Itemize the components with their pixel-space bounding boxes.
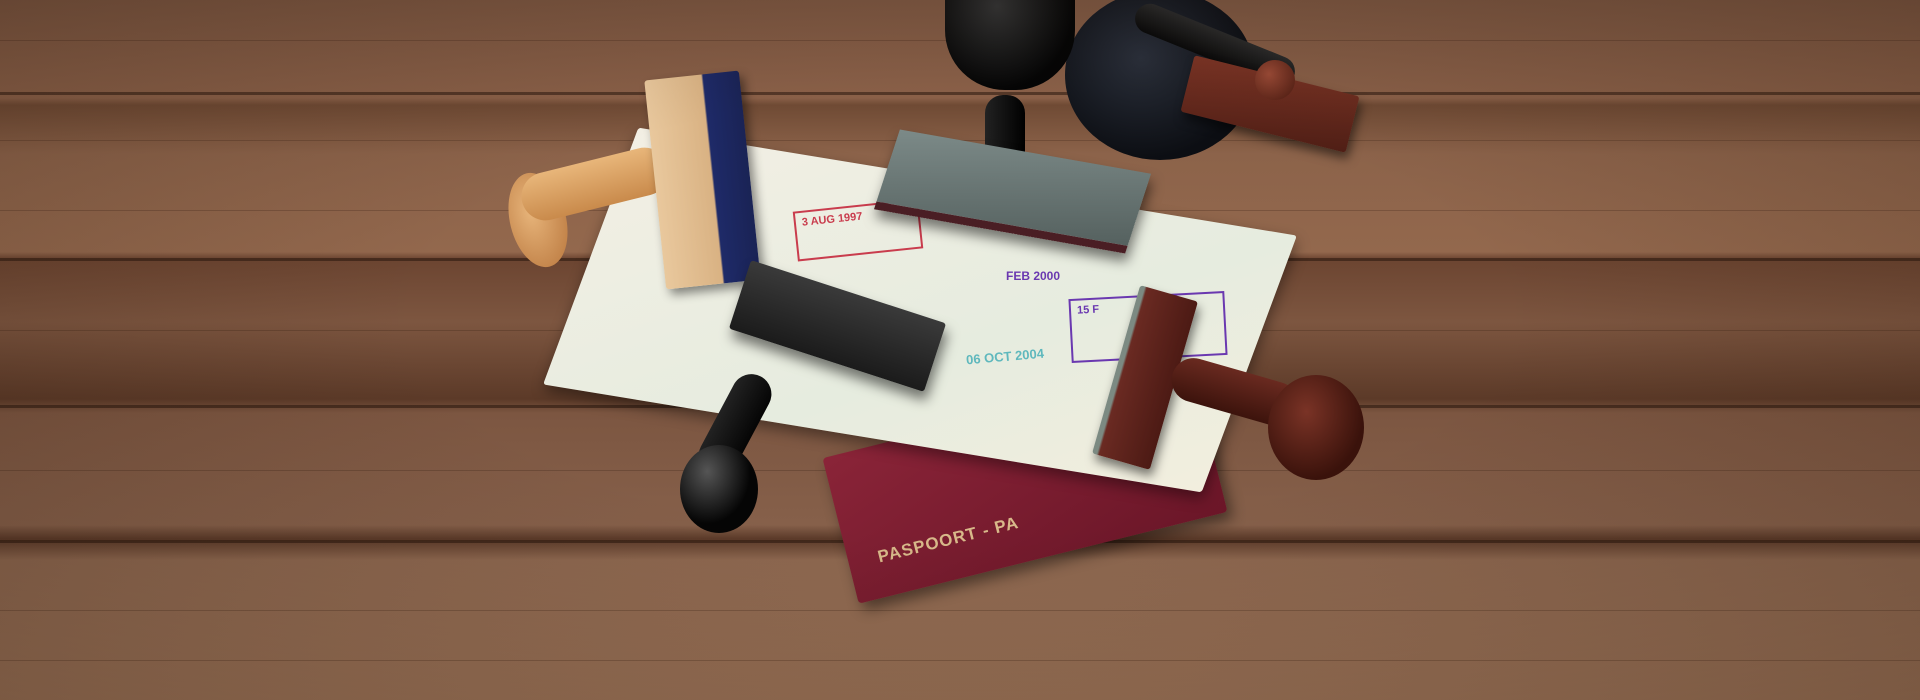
photo-scene: PASPOORT - PA 3 AUG 1997 FEB 2000 15 F 0… xyxy=(0,0,1920,700)
brown-stamp-knob xyxy=(1268,375,1364,480)
lever-stamp-knob xyxy=(1255,60,1295,100)
plank-seam xyxy=(0,92,1920,95)
black-stamp-knob xyxy=(680,445,758,533)
wood-grain xyxy=(0,610,1920,611)
passport-cover-text: PASPOORT - PA xyxy=(876,513,1021,567)
wood-grain xyxy=(0,660,1920,661)
gray-stamp-body xyxy=(945,0,1075,90)
visa-stamp-triangle: FEB 2000 xyxy=(1000,265,1066,287)
